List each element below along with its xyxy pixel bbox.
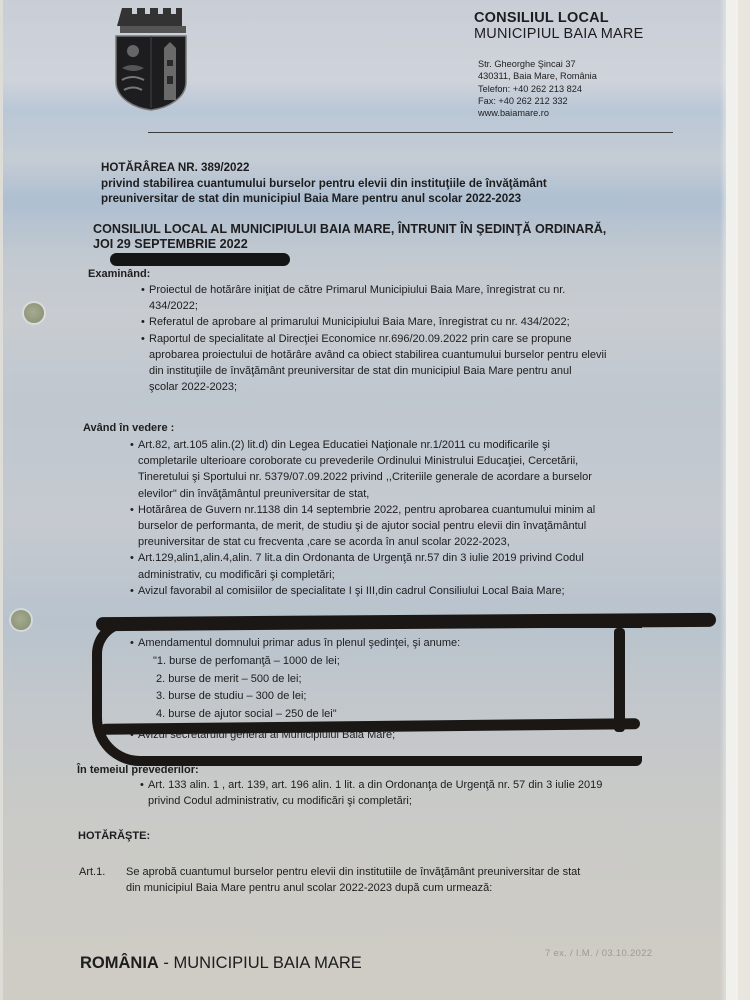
address-phone: Telefon: +40 262 213 824 xyxy=(478,83,597,95)
session-date: JOI 29 SEPTEMBRIE 2022 xyxy=(93,237,606,252)
secretary-opinion: Avizul secretarului general al Municipiu… xyxy=(130,727,395,743)
resolution-heading: HOTĂRĂŞTE: xyxy=(78,828,150,844)
considering-item: Art.129,alin1,alin.4,alin. 7 lit.a din O… xyxy=(130,550,595,582)
issuer-line2: MUNICIPIUL BAIA MARE xyxy=(474,26,643,42)
issuer-line1: CONSILIUL LOCAL xyxy=(474,10,643,26)
address-city: 430311, Baia Mare, România xyxy=(478,70,597,82)
scholarship-performance: "1. burse de perfomanţă – 1000 de lei; xyxy=(153,653,340,671)
considering-item: Hotărârea de Guvern nr.1138 din 14 septe… xyxy=(130,502,595,551)
article-label: Art.1. xyxy=(79,864,105,880)
paper-edge xyxy=(0,0,3,1000)
decision-subject-line: preuniversitar de stat din municipiul Ba… xyxy=(101,191,547,207)
considering-heading: Având în vedere : xyxy=(83,420,174,436)
paper-edge xyxy=(726,0,738,1000)
amendment-intro: Amendamentul domnului primar adus în ple… xyxy=(130,635,460,653)
examining-heading: Examinând: xyxy=(88,266,150,282)
session-line: CONSILIUL LOCAL AL MUNICIPIULUI BAIA MAR… xyxy=(93,222,606,237)
legal-basis-heading: În temeiul prevederilor: xyxy=(77,762,199,778)
punch-hole xyxy=(11,610,31,630)
legal-basis-item: Art. 133 alin. 1 , art. 139, art. 196 al… xyxy=(140,777,602,809)
issuer-title: CONSILIUL LOCAL MUNICIPIUL BAIA MARE xyxy=(474,10,643,42)
header-divider xyxy=(148,132,673,133)
punch-hole xyxy=(24,303,44,323)
address-street: Str. Gheorghe Şincai 37 xyxy=(478,58,597,70)
secretary-opinion-list: Avizul secretarului general al Municipiu… xyxy=(130,727,395,743)
examining-item: Proiectul de hotărâre iniţiat de către P… xyxy=(141,282,606,314)
examining-item: Raportul de specialitate al Direcţiei Ec… xyxy=(141,331,606,396)
session-heading: CONSILIUL LOCAL AL MUNICIPIULUI BAIA MAR… xyxy=(93,222,606,252)
decision-heading: HOTĂRÂREA NR. 389/2022 privind stabilire… xyxy=(101,160,547,207)
considering-list: Art.82, art.105 alin.(2) lit.d) din Lege… xyxy=(130,437,595,599)
footer-title: ROMÂNIA - MUNICIPIUL BAIA MARE xyxy=(80,954,362,973)
examining-list: Proiectul de hotărâre iniţiat de către P… xyxy=(141,282,606,395)
footer-separator: - xyxy=(159,954,174,972)
considering-item: Art.82, art.105 alin.(2) lit.d) din Lege… xyxy=(130,437,595,502)
legal-basis-list: Art. 133 alin. 1 , art. 139, art. 196 al… xyxy=(140,777,602,809)
article-1-text: Se aprobă cuantumul burselor pentru elev… xyxy=(126,864,580,896)
examining-item: Referatul de aprobare al primarului Muni… xyxy=(141,314,606,330)
decision-number: HOTĂRÂREA NR. 389/2022 xyxy=(101,160,547,176)
coat-of-arms-icon xyxy=(110,4,192,112)
issuer-address: Str. Gheorghe Şincai 37 430311, Baia Mar… xyxy=(478,58,597,119)
redaction-mark xyxy=(110,253,290,266)
considering-item: Avizul favorabil al comisiilor de specia… xyxy=(130,583,595,599)
amendment-list: Amendamentul domnului primar adus în ple… xyxy=(130,635,460,653)
address-website[interactable]: www.baiamare.ro xyxy=(478,107,597,119)
scholarship-merit: 2. burse de merit – 500 de lei; xyxy=(156,671,340,689)
footer-municipality: MUNICIPIUL BAIA MARE xyxy=(174,954,362,972)
decision-subject-line: privind stabilirea cuantumului burselor … xyxy=(101,176,547,192)
scholarship-study: 3. burse de studiu – 300 de lei; xyxy=(156,688,340,706)
footer-reference: 7 ex. / I.M. / 03.10.2022 xyxy=(545,948,652,959)
marker-stroke xyxy=(614,628,625,732)
address-fax: Fax: +40 262 212 332 xyxy=(478,95,597,107)
footer-country: ROMÂNIA xyxy=(80,954,159,972)
document-page: CONSILIUL LOCAL MUNICIPIUL BAIA MARE Str… xyxy=(0,0,738,1000)
scholarship-amounts: "1. burse de perfomanţă – 1000 de lei; 2… xyxy=(156,653,340,723)
